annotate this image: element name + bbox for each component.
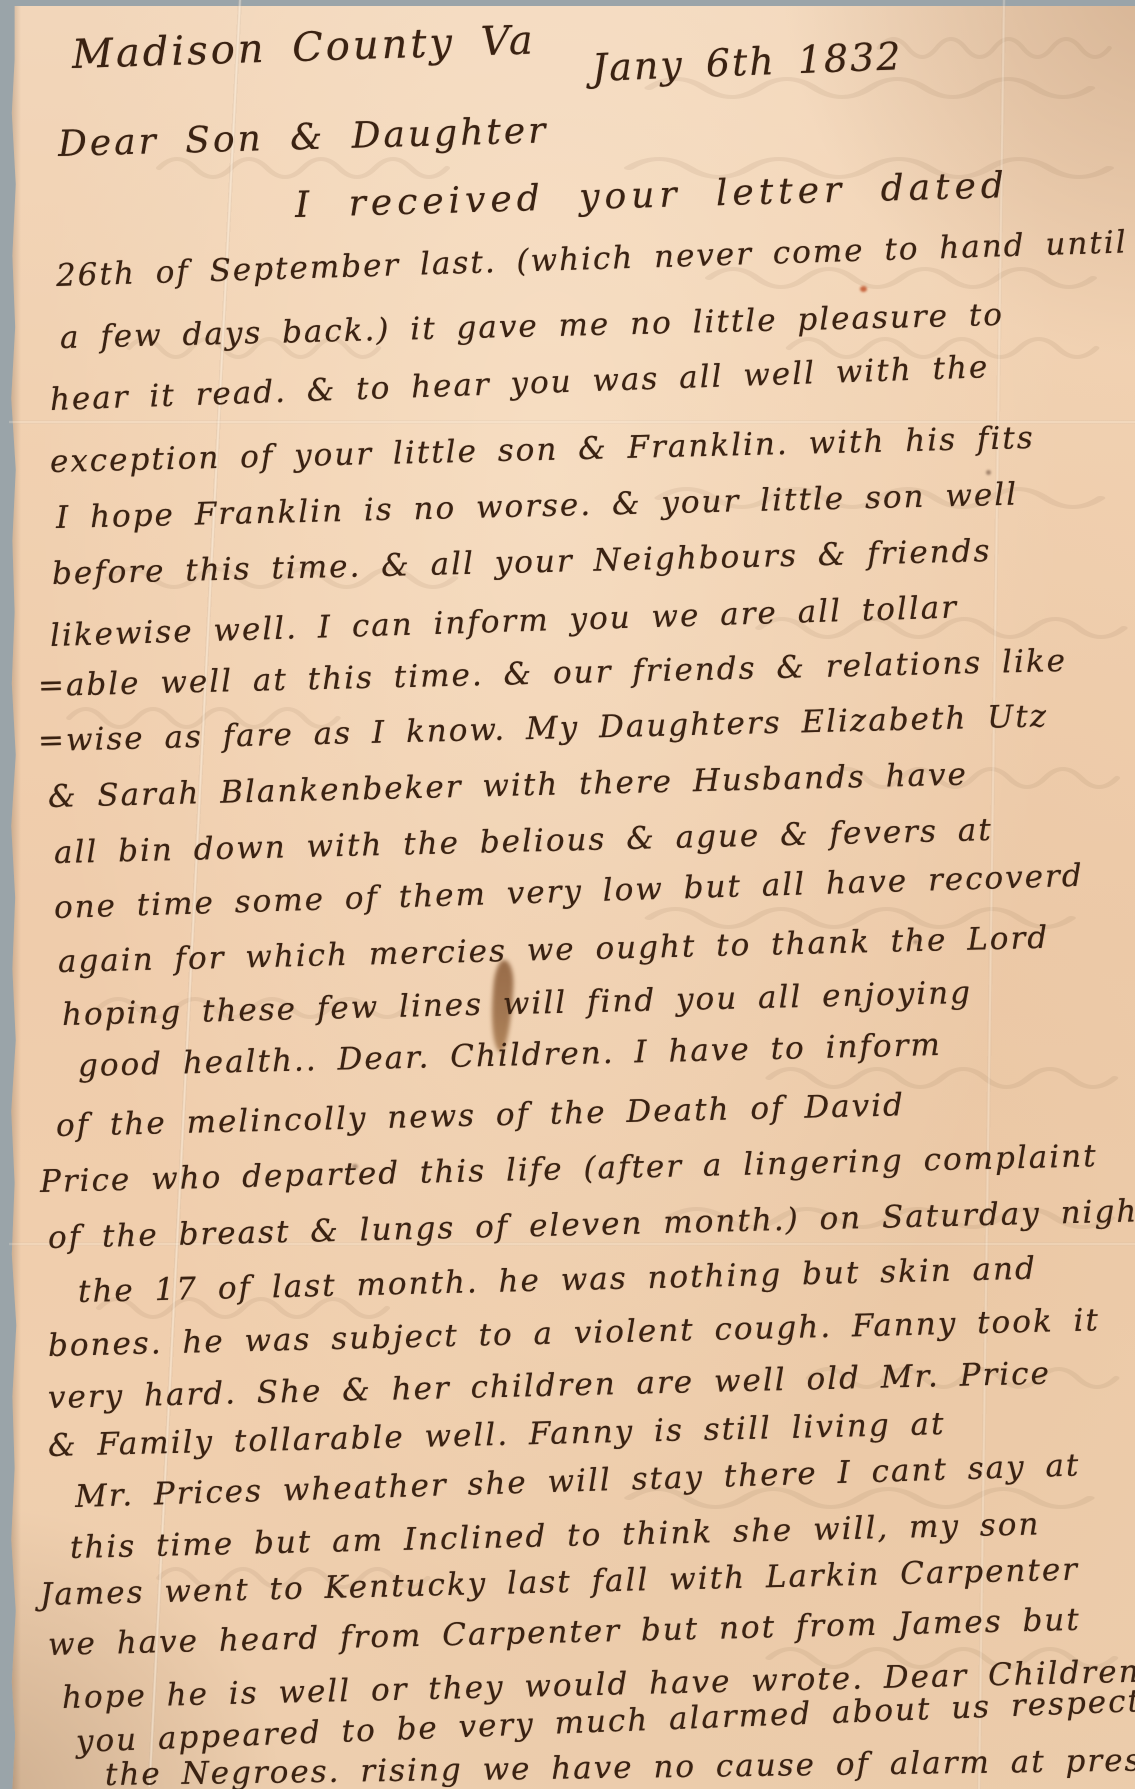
red-speck [860,286,867,292]
scanned-letter-page: Madison County Va Jany 6th 1832 Dear Son… [0,0,1135,1789]
ink-speck [986,470,991,475]
